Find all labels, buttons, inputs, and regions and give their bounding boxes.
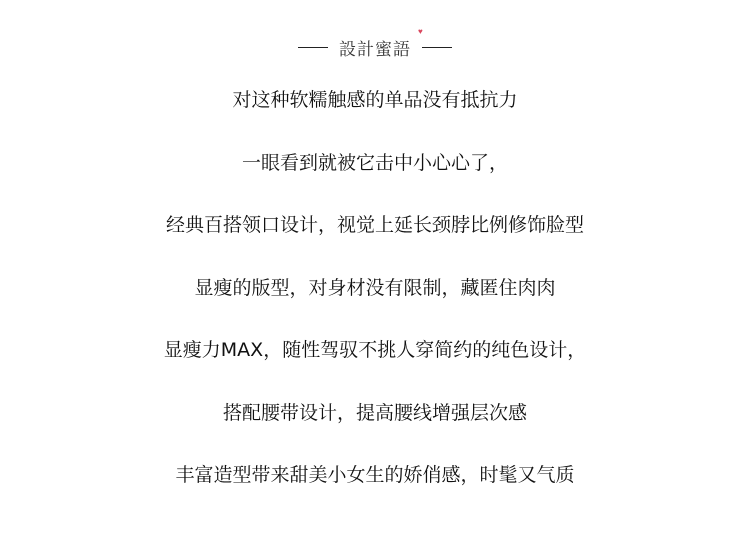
description-line: 对这种软糯触感的单品没有抵抗力	[0, 86, 750, 149]
description-line: 经典百搭领口设计，视觉上延长颈脖比例修饰脸型	[0, 211, 750, 274]
description-line: 一眼看到就被它击中小心心了，	[0, 149, 750, 212]
description-text-block: 对这种软糯触感的单品没有抵抗力 一眼看到就被它击中小心心了， 经典百搭领口设计，…	[0, 86, 750, 524]
description-line: 显瘦力MAX，随性驾驭不挑人穿简约的纯色设计，	[0, 336, 750, 399]
section-title: 設計蜜語 ♥	[339, 35, 411, 60]
section-header: 設計蜜語 ♥	[0, 32, 750, 62]
left-divider	[298, 47, 328, 48]
heart-icon: ♥	[418, 29, 424, 34]
description-line: 显瘦的版型，对身材没有限制，藏匿住肉肉	[0, 274, 750, 337]
description-line: 丰富造型带来甜美小女生的娇俏感，时髦又气质	[0, 461, 750, 524]
section-title-text: 設計蜜語	[339, 40, 411, 60]
description-line: 搭配腰带设计，提高腰线增强层次感	[0, 399, 750, 462]
right-divider	[422, 47, 452, 48]
